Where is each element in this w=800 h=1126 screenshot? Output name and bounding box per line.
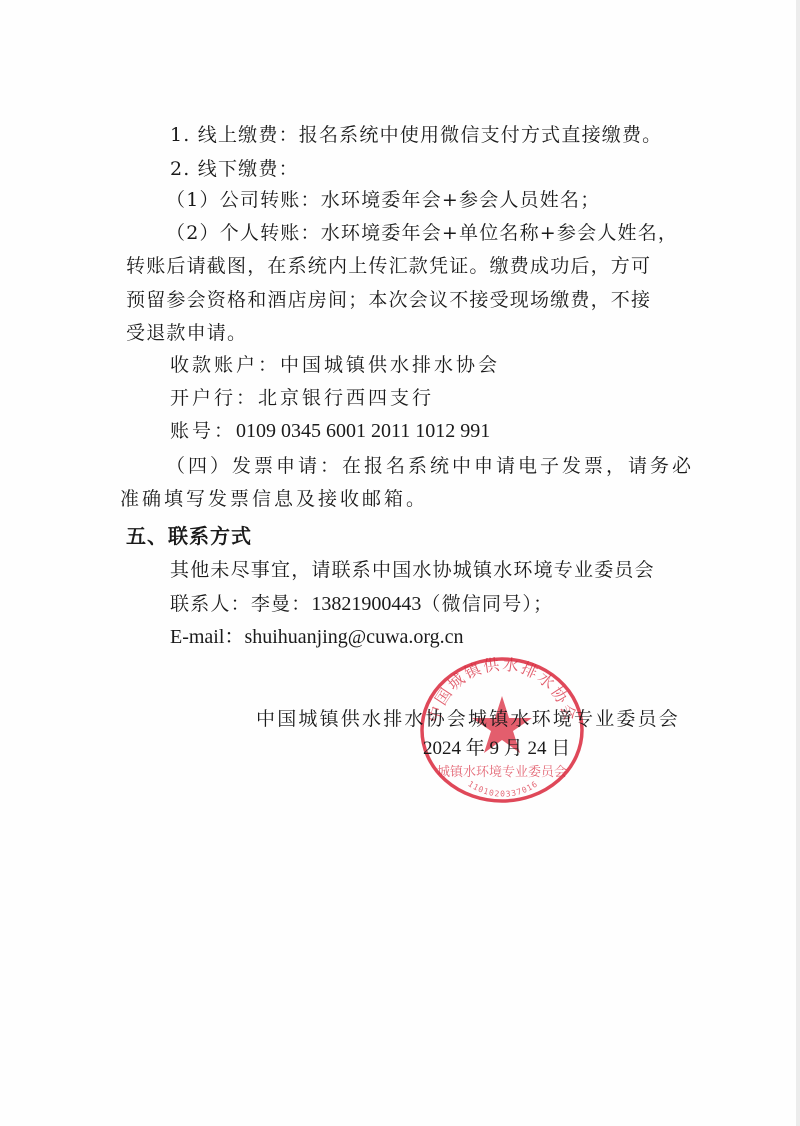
payment-personal-transfer-cont: 受退款申请。 <box>126 320 247 346</box>
account-number: 账号：0109 0345 6001 2011 1012 991 <box>170 418 490 444</box>
bank-name: 开户行：北京银行西四支行 <box>170 385 434 411</box>
payment-personal-transfer-cont: 预留参会资格和酒店房间；本次会议不接受现场缴费，不接 <box>126 287 651 313</box>
payment-item-online: 1. 线上缴费：报名系统中使用微信支付方式直接缴费。 <box>170 122 662 148</box>
invoice-line: （四）发票申请：在报名系统中申请电子发票，请务必 <box>166 453 694 479</box>
signature-organization: 中国城镇供水排水协会城镇水环境专业委员会 <box>256 706 680 732</box>
bank-label: 开户行： <box>170 387 258 409</box>
payment-personal-transfer-cont: 转账后请截图，在系统内上传汇款凭证。缴费成功后，方可 <box>126 253 651 279</box>
invoice-line: 准确填写发票信息及接收邮箱。 <box>120 486 428 512</box>
contact-intro: 其他未尽事宜，请联系中国水协城镇水环境专业委员会 <box>170 557 655 583</box>
account-name-label: 收款账户： <box>170 354 280 376</box>
payment-item-offline: 2. 线下缴费： <box>170 156 299 182</box>
payment-personal-transfer: （2）个人转账：水环境委年会+单位名称+参会人姓名， <box>166 220 678 246</box>
account-name-value: 中国城镇供水排水协会 <box>280 354 500 376</box>
signature-date: 2024 年 9 月 24 日 <box>423 736 570 762</box>
account-number-label: 账号： <box>170 420 236 442</box>
account-name: 收款账户：中国城镇供水排水协会 <box>170 352 500 378</box>
contact-person: 联系人：李曼：13821900443（微信同号）； <box>170 591 553 617</box>
email-value: shuihuanjing@cuwa.org.cn <box>244 626 463 648</box>
svg-text:城镇水环境专业委员会: 城镇水环境专业委员会 <box>437 764 567 780</box>
page-edge <box>796 0 800 1126</box>
bank-value: 北京银行西四支行 <box>258 387 434 409</box>
document-page: 1. 线上缴费：报名系统中使用微信支付方式直接缴费。 2. 线下缴费： （1）公… <box>0 0 800 1126</box>
contact-person-label: 联系人： <box>170 593 251 615</box>
contact-email: E-mail：shuihuanjing@cuwa.org.cn <box>170 624 464 650</box>
email-label: E-mail： <box>170 626 244 648</box>
contact-phone: 13821900443 <box>311 593 421 615</box>
contact-phone-note: （微信同号）； <box>421 593 553 615</box>
payment-company-transfer: （1）公司转账：水环境委年会+参会人员姓名； <box>166 187 600 213</box>
contact-person-name: 李曼： <box>251 593 312 615</box>
account-number-value: 0109 0345 6001 2011 1012 991 <box>236 420 490 442</box>
contact-heading: 五、联系方式 <box>126 523 252 549</box>
